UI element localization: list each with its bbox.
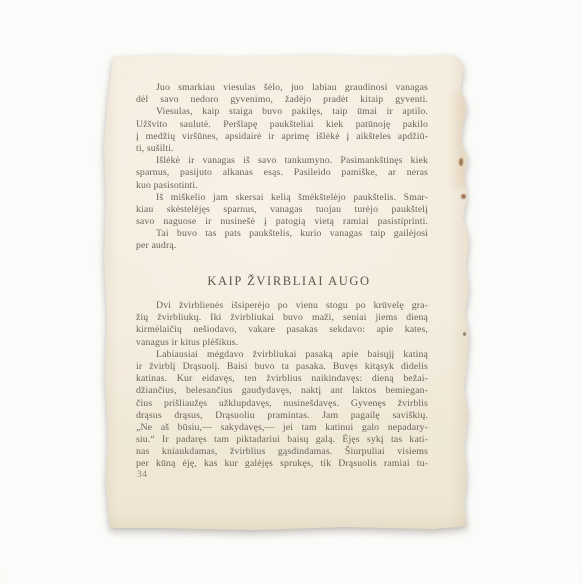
text-line: žių žvirbliukų. Iki žvirbliukai buvo maž… xyxy=(136,312,428,324)
text-line: kuo pasisotinti. xyxy=(136,180,428,192)
paragraph: Dvi žvirblienės išsiperėjo po vienu stog… xyxy=(136,300,428,349)
paragraph: Labiausiai mėgdavo žvirbliukai pasaką ap… xyxy=(136,349,428,471)
text-line: kiau skėstelėjęs sparnus, vanagas tuojau… xyxy=(136,204,428,216)
text-line: per kūną ėję, kas kur galėjęs sprukęs, t… xyxy=(136,458,428,470)
page-number: 34 xyxy=(137,470,148,480)
text-block-top: Juo smarkiau viesulas šėlo, juo labiau g… xyxy=(136,82,428,253)
text-line: savo naguose ir nusinešė į patogią vietą… xyxy=(136,216,428,228)
torn-edge-stain xyxy=(459,158,463,166)
text-line: per audrą. xyxy=(136,240,428,252)
text-line: kirmėlaičių nešiodavo, vakare pasakas se… xyxy=(136,324,428,336)
book-page-wrapper: Juo smarkiau viesulas šėlo, juo labiau g… xyxy=(103,54,472,531)
text-line: sparnus, pasijuto alkanas esąs. Pasileid… xyxy=(136,167,428,179)
text-line: nas kniaukdamas, žvirblius gąsdindamas. … xyxy=(136,446,428,458)
paragraph: Tai buvo tas pats paukštelis, kurio vana… xyxy=(136,228,428,252)
text-line: Viesulas, kaip staiga buvo pakilęs, taip… xyxy=(136,106,428,118)
text-line: Labiausiai mėgdavo žvirbliukai pasaką ap… xyxy=(136,349,428,361)
text-line: drąsus drąsus, Drąsuoliu pramintas. Jam … xyxy=(136,410,428,422)
torn-edge-stain xyxy=(461,194,466,199)
paragraph: Iš miškelio jam skersai kelią šmėkštelėj… xyxy=(136,192,428,229)
paragraph: Išlėkė ir vanagas iš savo tankumyno. Pas… xyxy=(136,155,428,192)
text-line: Tai buvo tas pats paukštelis, kurio vana… xyxy=(136,228,428,240)
text-line: ti, sušilti. xyxy=(136,143,428,155)
paragraph: Juo smarkiau viesulas šėlo, juo labiau g… xyxy=(136,82,428,106)
text-line: „Ne aš būsiu,— sakydavęs,— jei tam katin… xyxy=(136,422,428,434)
scan-background: Juo smarkiau viesulas šėlo, juo labiau g… xyxy=(0,0,583,583)
text-line: siu.“ Ir padaręs tam piktadariui baisų g… xyxy=(136,434,428,446)
text-line: ir žvirblį Drąsuolį. Baisi buvo ta pasak… xyxy=(136,361,428,373)
text-line: Išlėkė ir vanagas iš savo tankumyno. Pas… xyxy=(136,155,428,167)
torn-edge-stain xyxy=(463,332,466,336)
chapter-heading: KAIP ŽVIRBLIAI AUGO xyxy=(136,274,428,289)
text-line: Užšvito saulutė. Peršlapę paukšteliai ki… xyxy=(136,119,428,131)
book-page: Juo smarkiau viesulas šėlo, juo labiau g… xyxy=(103,54,472,531)
text-line: Dvi žvirblienės išsiperėjo po vienu stog… xyxy=(136,300,428,312)
text-line: dėl savo nedoro gyvenimo, žadėjo pradėt … xyxy=(136,94,428,106)
text-line: į medžių viršūnes, apsidairė ir aprimę i… xyxy=(136,131,428,143)
page-edge-discoloration xyxy=(447,92,466,187)
text-line: čius prišliaužęs užklupdavęs, nusinešdav… xyxy=(136,398,428,410)
text-line: Juo smarkiau viesulas šėlo, juo labiau g… xyxy=(136,82,428,94)
paragraph: Viesulas, kaip staiga buvo pakilęs, taip… xyxy=(136,106,428,155)
text-line: džiančius, belesančius gaudydavęs, naktį… xyxy=(136,385,428,397)
text-line: Iš miškelio jam skersai kelią šmėkštelėj… xyxy=(136,192,428,204)
text-line: katinas. Kur eidavęs, ten žvirblius naik… xyxy=(136,373,428,385)
text-line: vanagus ir kitus plėšikus. xyxy=(136,337,428,349)
text-block-bottom: Dvi žvirblienės išsiperėjo po vienu stog… xyxy=(136,300,428,471)
